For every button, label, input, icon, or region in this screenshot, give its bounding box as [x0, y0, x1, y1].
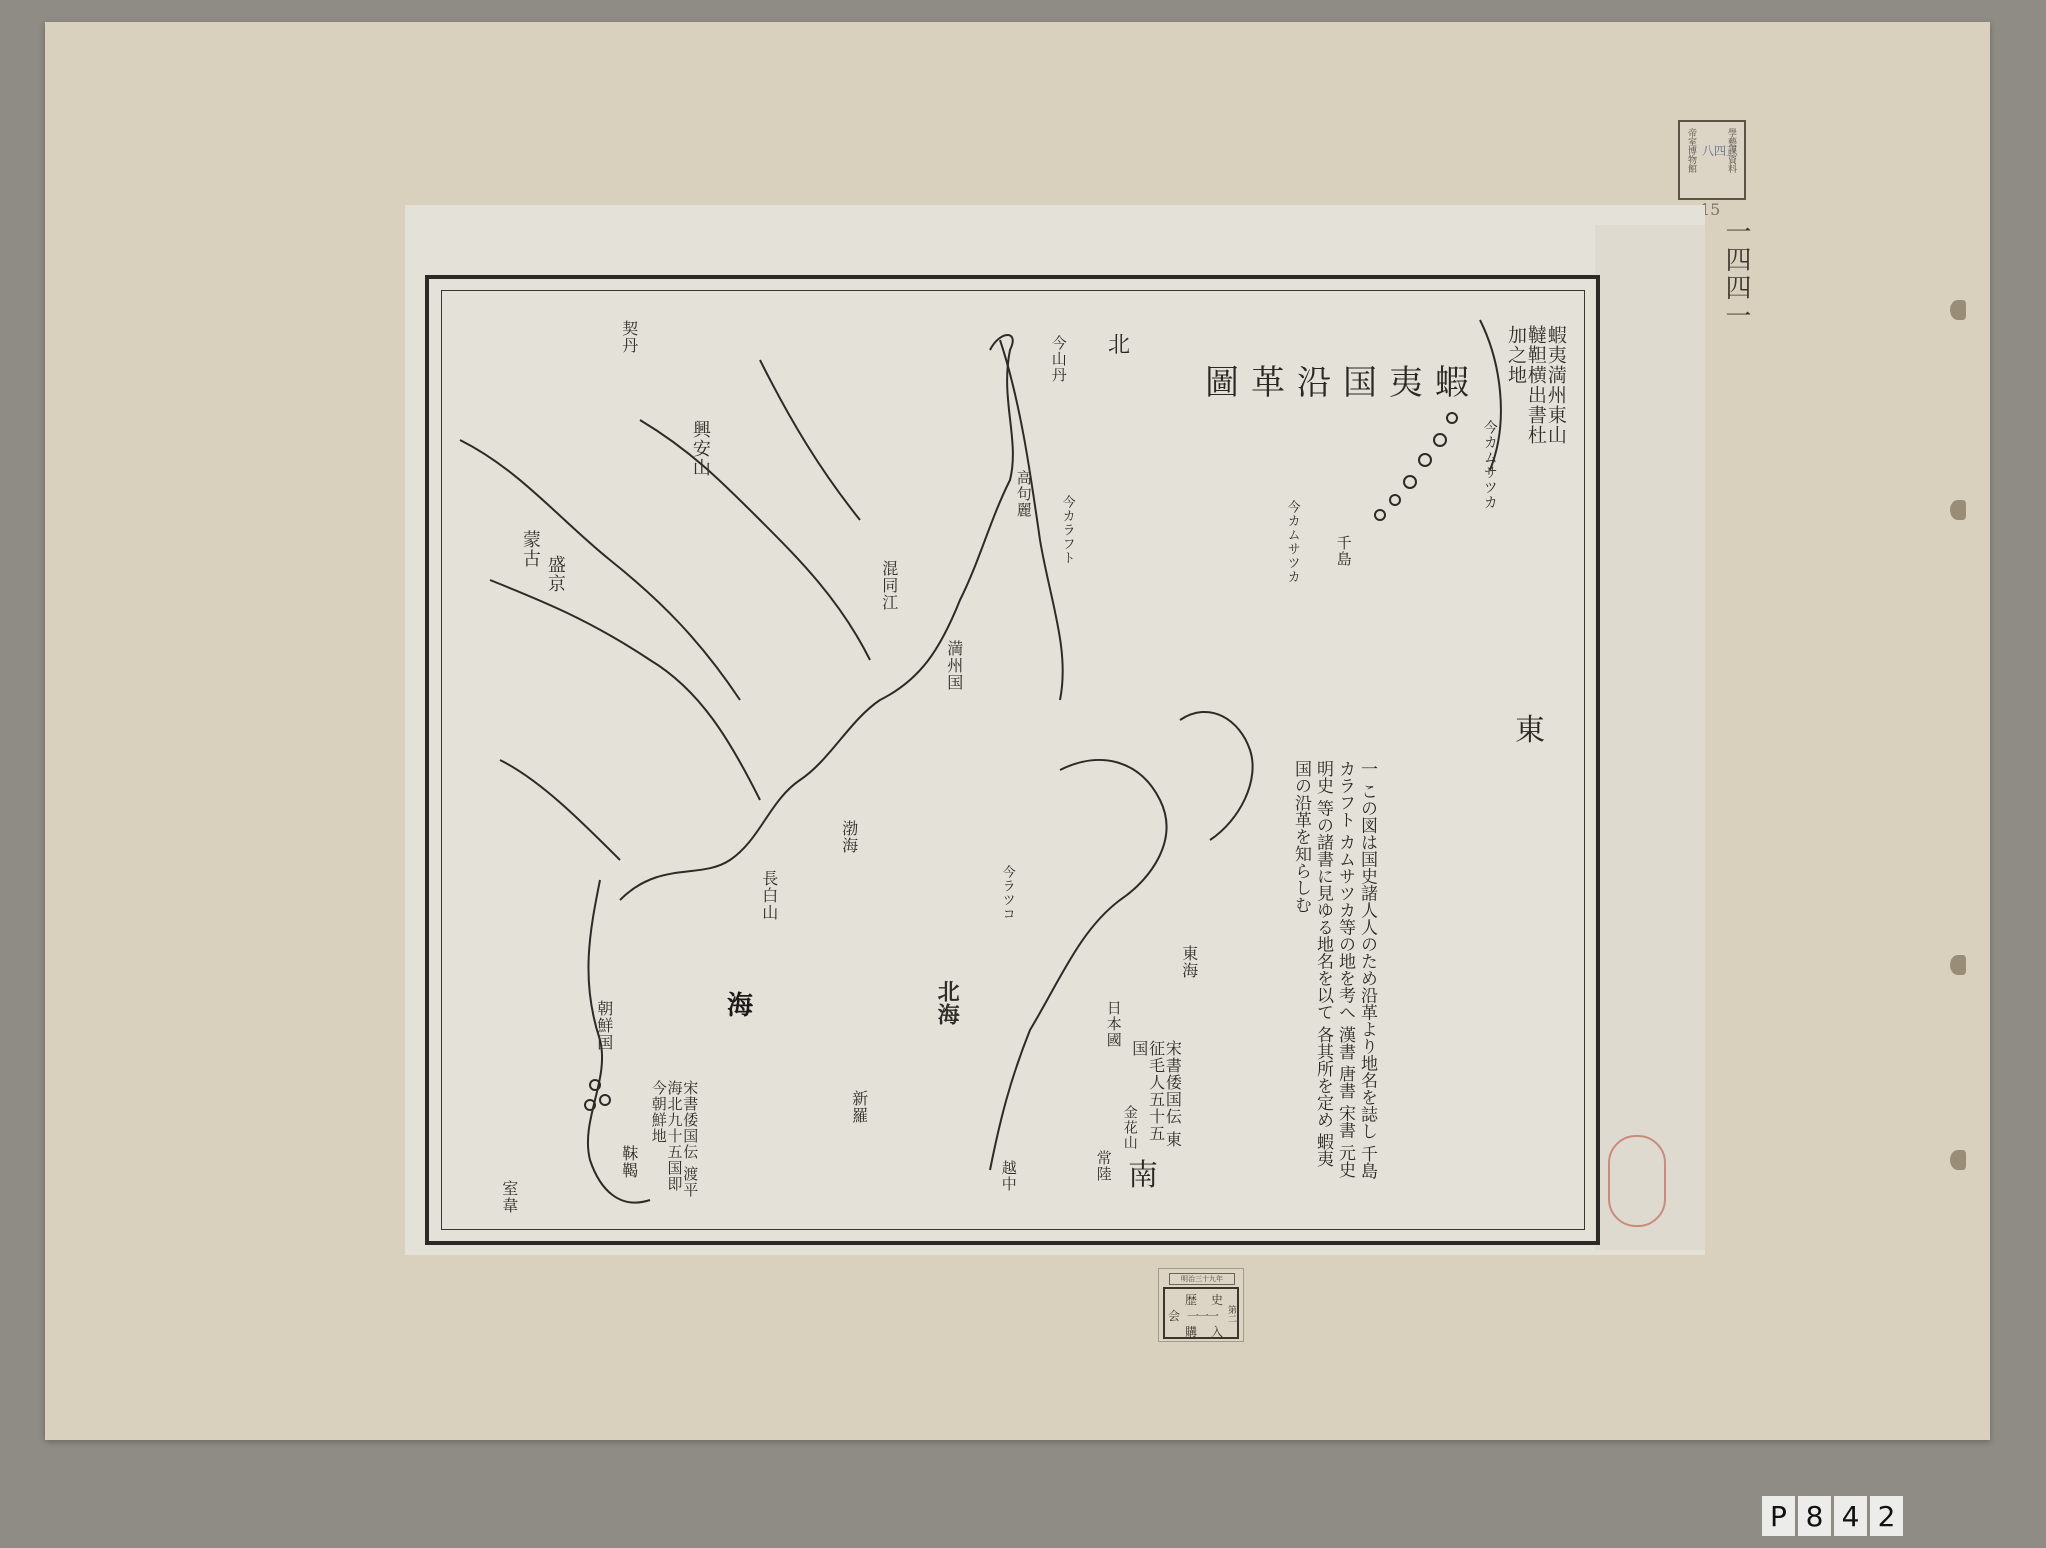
place-label: 日本國 [1105, 1000, 1121, 1048]
place-label: 長白山 [760, 870, 777, 921]
place-label: 常陸 [1095, 1150, 1111, 1182]
place-label: 千島 [1335, 535, 1351, 567]
top-right-annotation: 蝦夷満州東山韃靼横出書杜加之地 [1505, 325, 1565, 445]
acquisition-label-header: 明治三十九年 [1169, 1273, 1235, 1285]
place-label: 今カムサツカ [1285, 500, 1299, 584]
place-label: 今カラフト [1060, 495, 1074, 565]
catalog-tag-char: 4 [1834, 1496, 1867, 1536]
place-label: 渤海 [840, 820, 857, 854]
place-label: 靺鞨 [620, 1145, 637, 1179]
map-linework [0, 0, 2046, 1548]
catalog-tag-char: P [1762, 1496, 1795, 1536]
label-char: 第二 [1225, 1305, 1238, 1323]
place-label: 蒙古 [520, 530, 539, 568]
compass-north: 北 [1108, 328, 1130, 359]
label-char: 歴 [1185, 1291, 1197, 1308]
label-char: 会 [1168, 1307, 1180, 1324]
place-label: 東海 [1180, 945, 1197, 979]
place-label: 契丹 [620, 320, 637, 354]
place-label: 越中 [1000, 1160, 1016, 1192]
map-title: 蝦夷国沿革圖 [1205, 355, 1481, 404]
label-char: 購 [1185, 1323, 1197, 1340]
top-right-kana: 今カムサツカ [1482, 420, 1497, 510]
compass-south: 南 [1128, 1150, 1158, 1194]
place-label: 今ラツコ [1000, 865, 1014, 921]
catalog-tag-char: 8 [1798, 1496, 1831, 1536]
place-label: 満州国 [945, 640, 962, 691]
place-label: 朝鮮国 [595, 1000, 612, 1051]
place-label: 混同江 [880, 560, 897, 611]
place-label: 高句麗 [1015, 470, 1031, 518]
sea-label: 海 [727, 985, 753, 1022]
label-char: 入 [1211, 1323, 1223, 1340]
label-rule: 一一一 [1187, 1307, 1217, 1324]
acquisition-label: 明治三十九年 史 歴 会 一一一 購 入 第二 [1158, 1268, 1244, 1342]
place-label: 新羅 [850, 1090, 867, 1124]
red-seal [1608, 1135, 1666, 1227]
label-char: 史 [1211, 1291, 1223, 1308]
place-label: 今山丹 [1050, 335, 1066, 383]
east-commentary: 一 この図は国史諸人人のため沿革より地名を誌し 千島 カラフト カムサツカ等の地… [1290, 760, 1378, 1180]
bottom-note: 宋書倭国伝 渡平海北九十五国即今朝鮮地 [650, 1080, 697, 1200]
catalog-tag-char: 2 [1870, 1496, 1903, 1536]
compass-east: 東 [1515, 705, 1545, 749]
north-sea-label: 北海 [935, 980, 958, 1026]
catalog-tag: P 8 4 2 [1762, 1496, 1903, 1536]
place-label: 興安山 [690, 420, 709, 477]
place-label: 室韋 [500, 1180, 517, 1214]
place-label: 金花山 [1122, 1105, 1137, 1150]
place-label: 盛京 [545, 555, 564, 593]
acquisition-label-box: 史 歴 会 一一一 購 入 第二 [1163, 1287, 1239, 1339]
